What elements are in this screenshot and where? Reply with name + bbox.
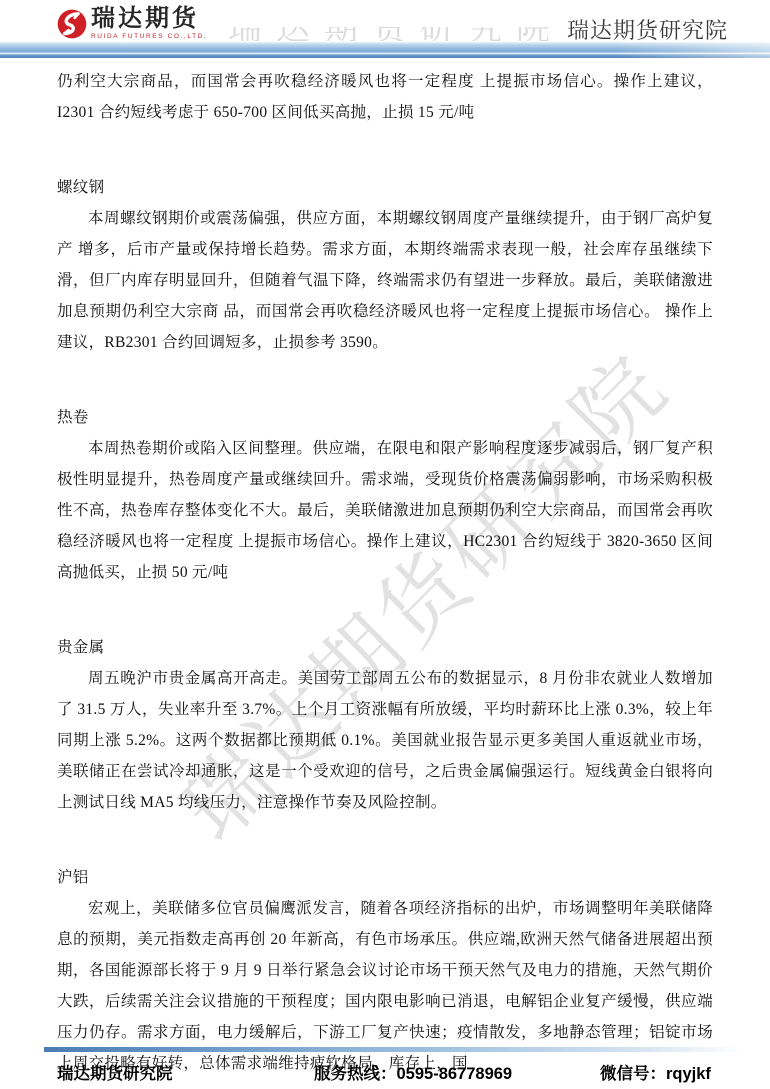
section-paragraph: 周五晚沪市贵金属高开高走。美国劳工部周五公布的数据显示，8 月份非农就业人数增加… <box>57 663 713 818</box>
top-watermark-sliver: 瑞达期货研究院 <box>228 27 573 41</box>
section-paragraph: 本周热卷期价或陷入区间整理。供应端，在限电和限产影响程度逐步减弱后，钢厂复产积极… <box>57 433 713 588</box>
report-section: 热卷 本周热卷期价或陷入区间整理。供应端，在限电和限产影响程度逐步减弱后，钢厂复… <box>57 402 713 588</box>
page-header: 瑞达期货 RUIDA FUTURES CO.,LTD. 瑞达期货研究院 瑞达期货… <box>0 0 770 42</box>
sections: 螺纹钢 本周螺纹钢期价或震荡偏强，供应方面，本期螺纹钢周度产量继续提升，由于钢厂… <box>57 172 713 1079</box>
institute-title: 瑞达期货研究院 <box>567 14 728 45</box>
section-title: 热卷 <box>57 402 713 433</box>
section-title: 沪铝 <box>57 862 713 893</box>
report-page: 瑞达期货 RUIDA FUTURES CO.,LTD. 瑞达期货研究院 瑞达期货… <box>0 0 770 1089</box>
brand-subtitle: RUIDA FUTURES CO.,LTD. <box>91 33 207 40</box>
report-section: 贵金属 周五晚沪市贵金属高开高走。美国劳工部周五公布的数据显示，8 月份非农就业… <box>57 632 713 818</box>
intro-paragraph: 仍利空大宗商品，而国常会再吹稳经济暖风也将一定程度 上提振市场信心。操作上建议，… <box>57 66 713 128</box>
brand-name: 瑞达期货 <box>91 6 207 31</box>
document-body: 仍利空大宗商品，而国常会再吹稳经济暖风也将一定程度 上提振市场信心。操作上建议，… <box>57 66 713 1079</box>
company-logo: 瑞达期货 RUIDA FUTURES CO.,LTD. <box>57 6 207 40</box>
brand-logo-icon <box>57 8 87 40</box>
header-divider-bar <box>0 42 770 58</box>
section-title: 贵金属 <box>57 632 713 663</box>
brand-text-block: 瑞达期货 RUIDA FUTURES CO.,LTD. <box>91 6 207 40</box>
report-section: 沪铝 宏观上，美联储多位官员偏鹰派发言，随着各项经济指标的出炉，市场调整明年美联… <box>57 862 713 1079</box>
section-title: 螺纹钢 <box>57 172 713 203</box>
section-paragraph: 本周螺纹钢期价或震荡偏强，供应方面，本期螺纹钢周度产量继续提升，由于钢厂高炉复产… <box>57 203 713 358</box>
report-section: 螺纹钢 本周螺纹钢期价或震荡偏强，供应方面，本期螺纹钢周度产量继续提升，由于钢厂… <box>57 172 713 358</box>
section-paragraph: 宏观上，美联储多位官员偏鹰派发言，随着各项经济指标的出炉，市场调整明年美联储降息… <box>57 893 713 1079</box>
